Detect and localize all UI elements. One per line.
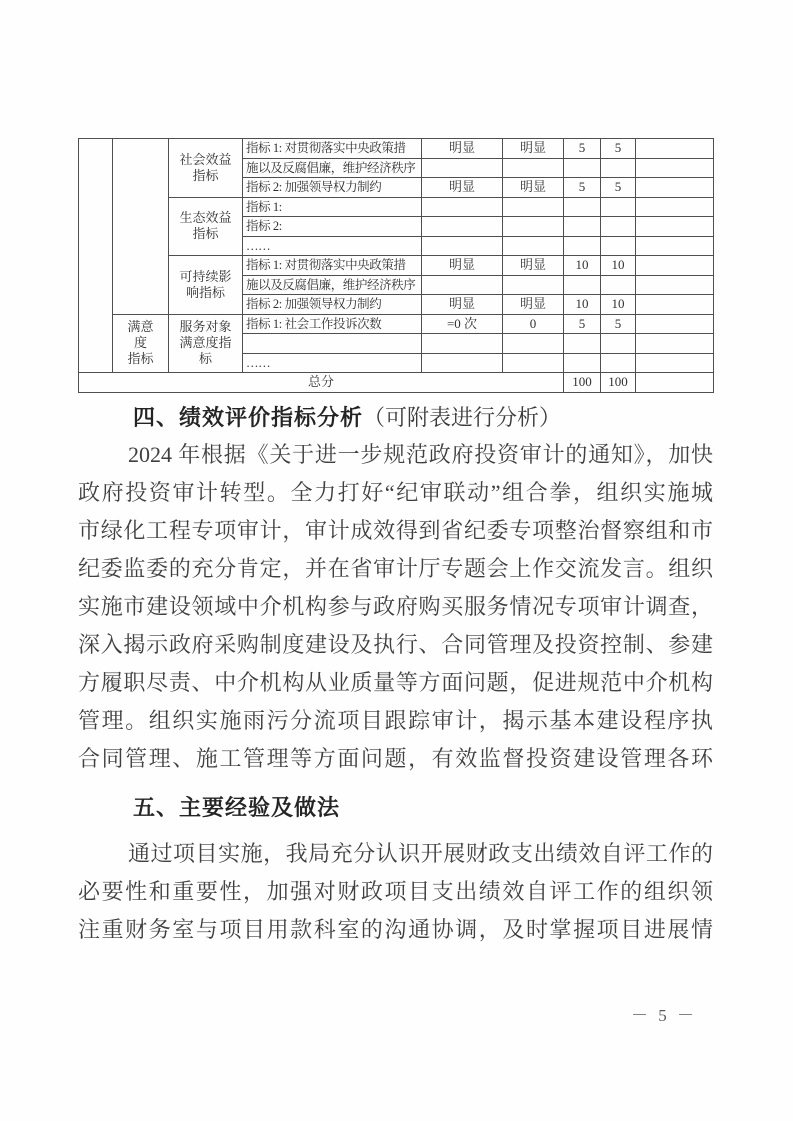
text-line: 注重财务室与项目用款科室的沟通协调，及时掌握项目进展情况、 xyxy=(78,911,713,949)
note-cell xyxy=(636,373,714,393)
text-line: 必要性和重要性，加强对财政项目支出绩效自评工作的组织领导。 xyxy=(78,873,713,911)
text-line: 管理。组织实施雨污分流项目跟踪审计，揭示基本建设程序执行、 xyxy=(78,702,713,740)
text-line: 通过项目实施，我局充分认识开展财政支出绩效自评工作的 xyxy=(78,835,713,873)
text-line: 市绿化工程专项审计，审计成效得到省纪委专项整治督察组和市 xyxy=(78,512,713,550)
indicator-target: 明显 xyxy=(422,139,503,159)
indicator-score: 5 xyxy=(564,139,601,159)
paragraph-indicator-analysis: 2024 年根据《关于进一步规范政府投资审计的通知》，加快 政府投资审计转型。全… xyxy=(78,436,713,778)
indicator-actual: 明显 xyxy=(503,178,564,198)
section-heading-experience: 五、主要经验及做法 xyxy=(78,794,713,821)
note-cell xyxy=(636,334,714,354)
indicator-score: 5 xyxy=(564,314,601,334)
heading-text: 四、绩效评价指标分析 xyxy=(133,405,363,430)
indicator-desc: 指标 1: 对贯彻落实中央政策措 xyxy=(243,256,422,276)
category-empty-cell xyxy=(113,139,169,315)
note-cell xyxy=(636,236,714,256)
note-cell xyxy=(636,256,714,276)
indicator-actual: 明显 xyxy=(503,139,564,159)
category-label-satisfaction: 满意 度 指标 xyxy=(113,314,169,373)
group-label-social-benefit: 社会效益 指标 xyxy=(169,139,243,198)
indicator-actual: 明显 xyxy=(503,295,564,315)
indicator-desc: 指标 2: 加强领导权力制约 xyxy=(243,295,422,315)
indicator-score: 5 xyxy=(601,139,636,159)
total-label: 总分 xyxy=(79,373,564,393)
indicator-score: 10 xyxy=(564,256,601,276)
section-heading-indicator-analysis: 四、绩效评价指标分析（可附表进行分析） xyxy=(78,404,713,431)
note-cell xyxy=(636,178,714,198)
indicator-score: 5 xyxy=(601,178,636,198)
indicator-actual: 0 xyxy=(503,314,564,334)
page-number: － 5 － xyxy=(631,1001,697,1026)
heading-parenthetical: （可附表进行分析） xyxy=(363,405,561,430)
indicator-target: 明显 xyxy=(422,178,503,198)
table-row: 生态效益 指标 指标 1: xyxy=(79,197,714,217)
performance-indicator-table: 社会效益 指标 指标 1: 对贯彻落实中央政策措 明显 明显 5 5 施以及反腐… xyxy=(78,138,714,393)
note-cell xyxy=(636,197,714,217)
text-line: 方履职尽责、中介机构从业质量等方面问题，促进规范中介机构 xyxy=(78,664,713,702)
indicator-score: 5 xyxy=(564,178,601,198)
text-line: 实施市建设领域中介机构参与政府购买服务情况专项审计调查， xyxy=(78,588,713,626)
indicator-target: =0 次 xyxy=(422,314,503,334)
document-page: 社会效益 指标 指标 1: 对贯彻落实中央政策措 明显 明显 5 5 施以及反腐… xyxy=(0,0,793,1121)
table-total-row: 总分 100 100 xyxy=(79,373,714,393)
heading-text: 五、主要经验及做法 xyxy=(133,795,340,820)
text-line: 合同管理、施工管理等方面问题，有效监督投资建设管理各环节。 xyxy=(78,740,713,778)
indicator-desc: 指标 2: 加强领导权力制约 xyxy=(243,178,422,198)
paragraph-experience: 通过项目实施，我局充分认识开展财政支出绩效自评工作的 必要性和重要性，加强对财政… xyxy=(78,835,713,949)
table-row: 可持续影 响指标 指标 1: 对贯彻落实中央政策措 明显 明显 10 10 xyxy=(79,256,714,276)
total-score: 100 xyxy=(564,373,601,393)
note-cell xyxy=(636,295,714,315)
group-label-service-satisfaction: 服务对象 满意度指 标 xyxy=(169,314,243,373)
indicator-actual: 明显 xyxy=(503,256,564,276)
note-cell xyxy=(636,139,714,159)
indicator-target: 明显 xyxy=(422,295,503,315)
note-cell xyxy=(636,314,714,334)
text-line: 2024 年根据《关于进一步规范政府投资审计的通知》，加快 xyxy=(78,436,713,474)
indicator-desc: 指标 1: 社会工作投诉次数 xyxy=(243,314,422,334)
note-cell xyxy=(636,217,714,237)
indicator-desc: …… xyxy=(243,236,422,256)
text-line: 政府投资审计转型。全力打好“纪审联动”组合拳，组织实施城 xyxy=(78,474,713,512)
text-line: 深入揭示政府采购制度建设及执行、合同管理及投资控制、参建 xyxy=(78,626,713,664)
indicator-score: 10 xyxy=(601,295,636,315)
group-label-sustainability: 可持续影 响指标 xyxy=(169,256,243,315)
group-label-eco-benefit: 生态效益 指标 xyxy=(169,197,243,256)
note-cell xyxy=(636,275,714,295)
indicator-desc: 施以及反腐倡廉，维护经济秩序 xyxy=(243,158,422,178)
note-cell xyxy=(636,353,714,373)
indicator-score: 10 xyxy=(564,295,601,315)
note-cell xyxy=(636,158,714,178)
indicator-desc: 指标 1: 对贯彻落实中央政策措 xyxy=(243,139,422,159)
table-row: 社会效益 指标 指标 1: 对贯彻落实中央政策措 明显 明显 5 5 xyxy=(79,139,714,159)
text-line: 纪委监委的充分肯定，并在省审计厅专题会上作交流发言。组织 xyxy=(78,550,713,588)
indicator-score: 10 xyxy=(601,256,636,276)
indicator-score: 5 xyxy=(601,314,636,334)
indicator-desc: 指标 1: xyxy=(243,197,422,217)
indicator-desc: 施以及反腐倡廉，维护经济秩序 xyxy=(243,275,422,295)
table-row: 满意 度 指标 服务对象 满意度指 标 指标 1: 社会工作投诉次数 =0 次 … xyxy=(79,314,714,334)
total-score: 100 xyxy=(601,373,636,393)
document-content: 社会效益 指标 指标 1: 对贯彻落实中央政策措 明显 明显 5 5 施以及反腐… xyxy=(78,138,713,949)
indicator-target: 明显 xyxy=(422,256,503,276)
indicator-desc: 指标 2: xyxy=(243,217,422,237)
continued-left-cell xyxy=(79,139,113,373)
indicator-desc: …… xyxy=(243,353,422,373)
indicator-desc xyxy=(243,334,422,354)
